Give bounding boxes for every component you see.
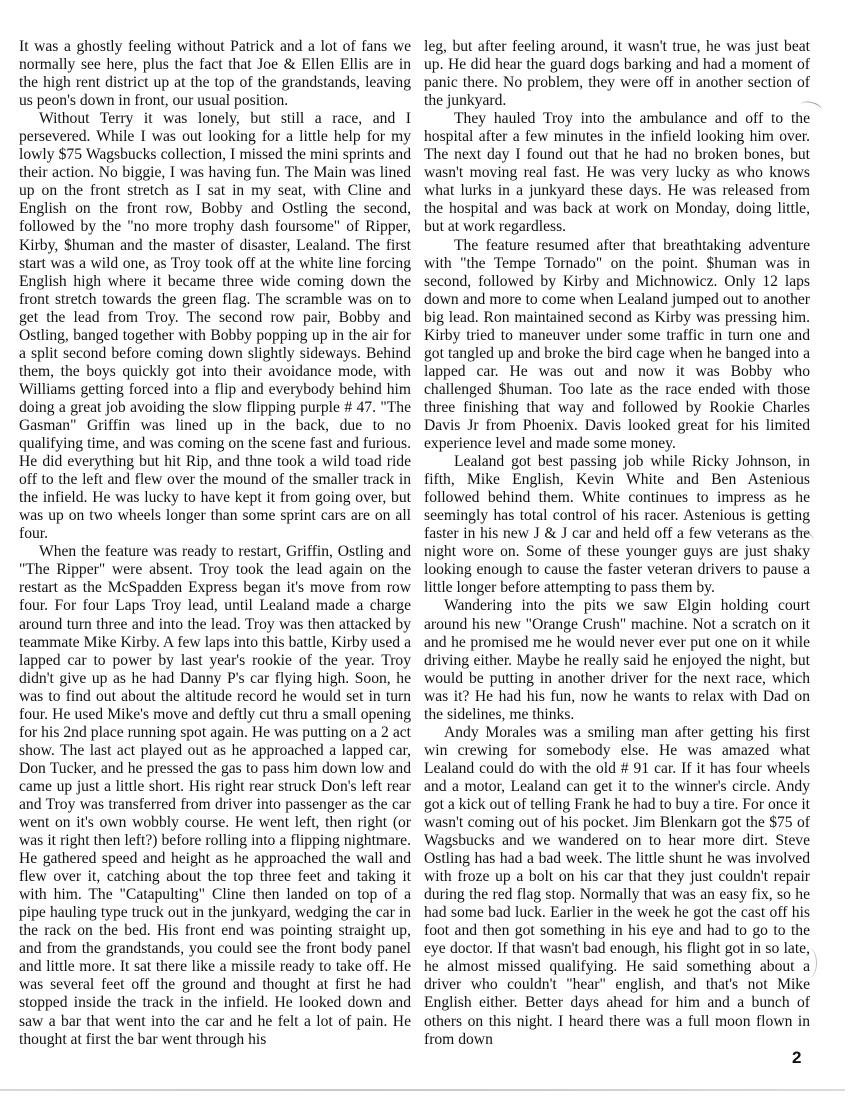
document-page: It was a ghostly feeling without Patrick… [0, 0, 850, 1100]
scan-artifact [800, 948, 817, 978]
paragraph: Lealand got best passing job while Ricky… [424, 453, 810, 597]
paragraph: The feature resumed after that breathtak… [424, 237, 810, 454]
paragraph: leg, but after feeling around, it wasn't… [424, 38, 810, 110]
paragraph: Without Terry it was lonely, but still a… [19, 110, 411, 543]
paragraph: When the feature was ready to restart, G… [19, 543, 411, 1048]
paragraph: Wandering into the pits we saw Elgin hol… [424, 597, 810, 723]
page-number: 2 [792, 1048, 801, 1068]
right-text-column: leg, but after feeling around, it wasn't… [424, 38, 810, 1049]
paragraph: Andy Morales was a smiling man after get… [424, 724, 810, 1049]
left-text-column: It was a ghostly feeling without Patrick… [19, 38, 411, 1049]
bottom-rule-divider [0, 1089, 845, 1091]
paragraph: It was a ghostly feeling without Patrick… [19, 38, 411, 110]
paragraph: They hauled Troy into the ambulance and … [424, 110, 810, 236]
